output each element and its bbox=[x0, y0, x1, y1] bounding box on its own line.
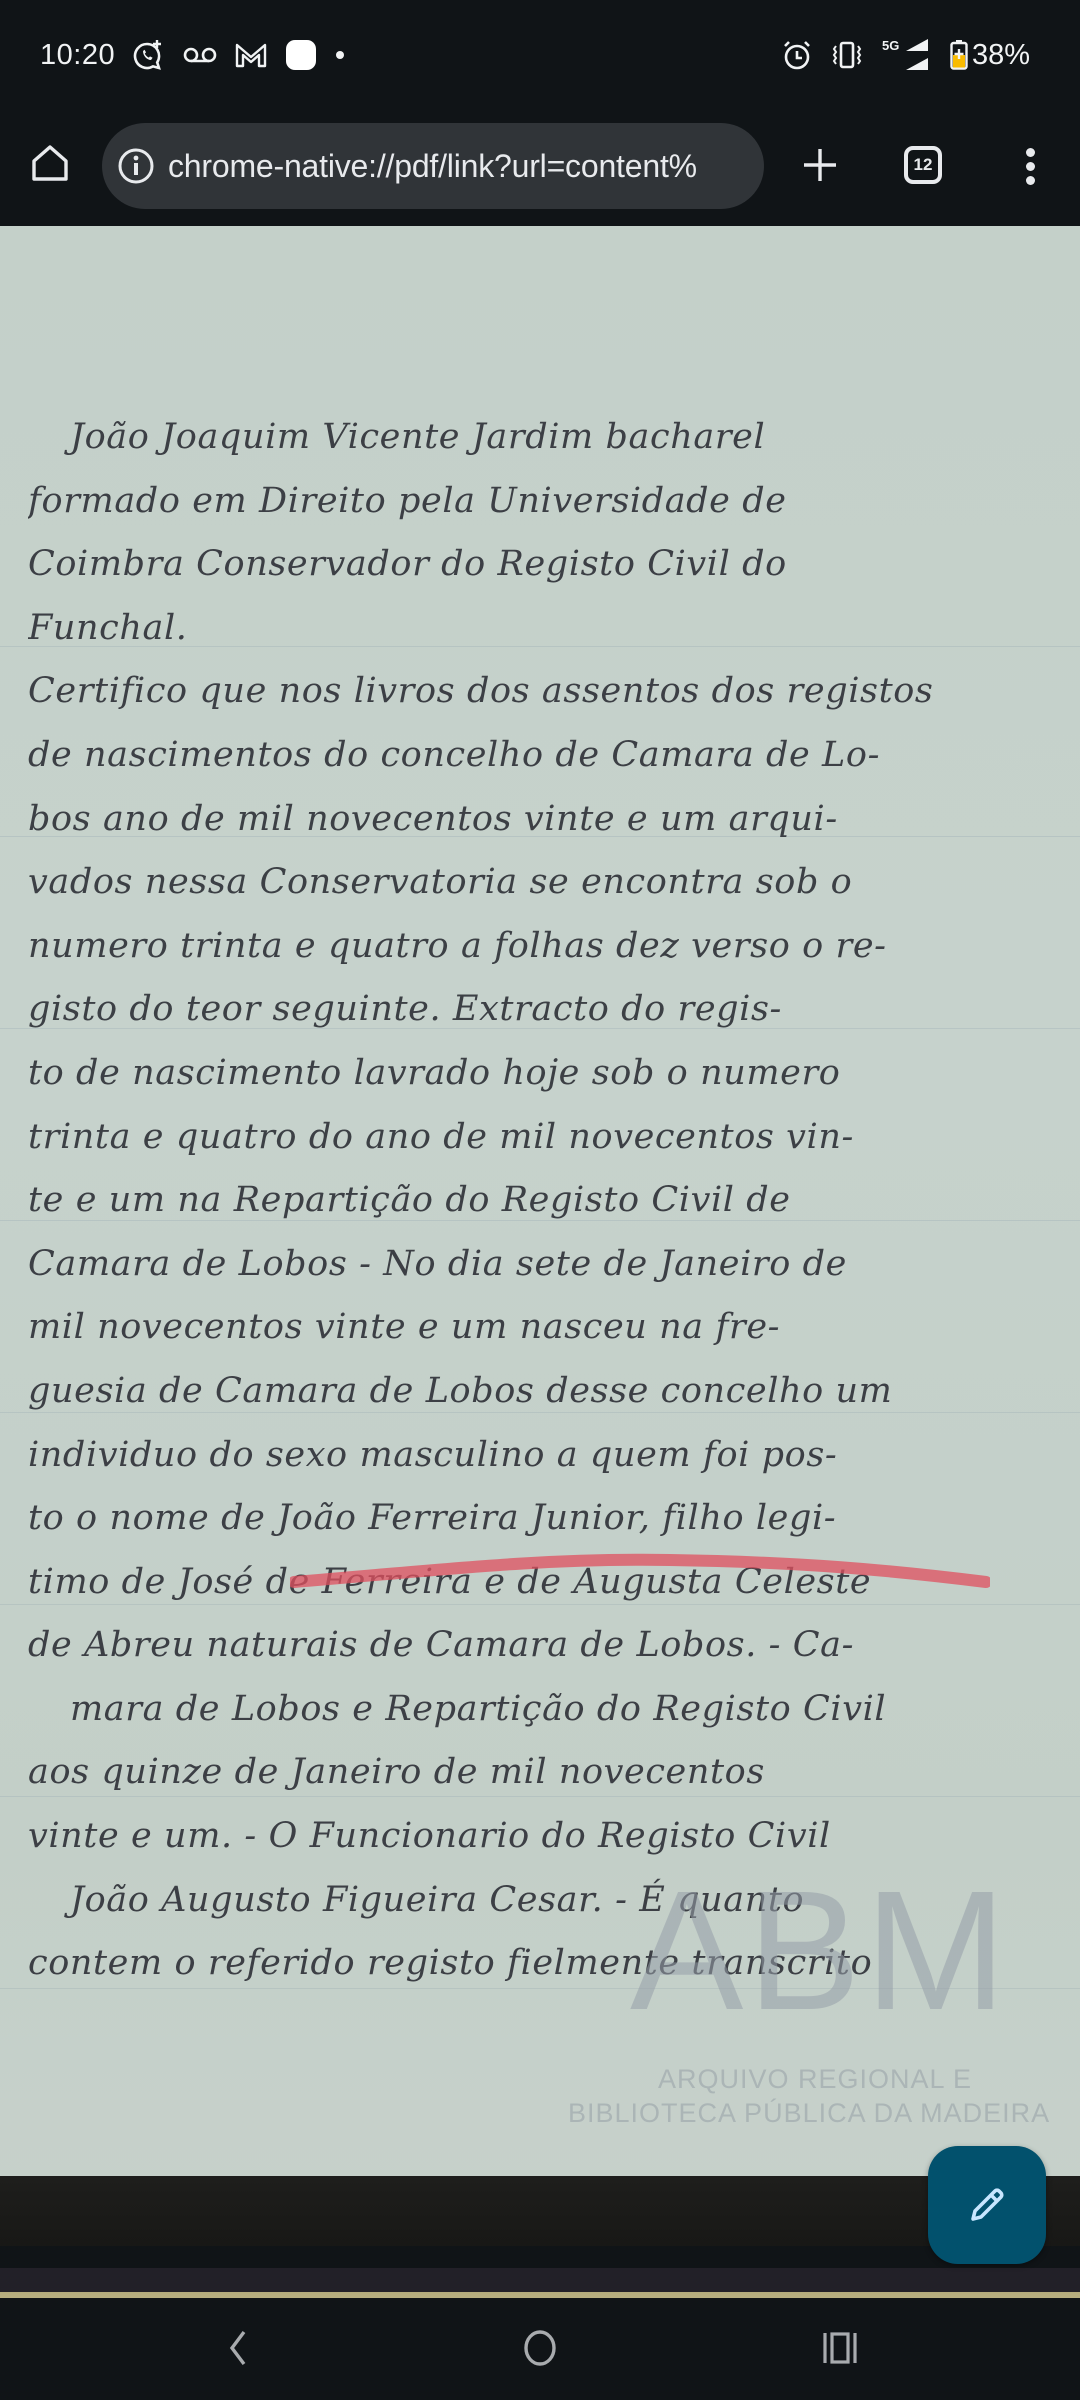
handwritten-line: gisto do teor seguinte. Extracto do regi… bbox=[28, 978, 1058, 1042]
home-icon bbox=[30, 143, 70, 183]
handwritten-line: to o nome de João Ferreira Junior, filho… bbox=[28, 1487, 1058, 1551]
browser-toolbar: chrome-native://pdf/link?url=content% 12 bbox=[0, 110, 1080, 226]
handwritten-line: mil novecentos vinte e um nasceu na fre- bbox=[28, 1296, 1058, 1360]
handwritten-line: guesia de Camara de Lobos desse concelho… bbox=[28, 1360, 1058, 1424]
vibrate-icon bbox=[832, 41, 862, 69]
handwritten-line: Camara de Lobos - No dia sete de Janeiro… bbox=[28, 1233, 1058, 1297]
handwritten-line: trinta e quatro do ano de mil novecentos… bbox=[28, 1106, 1058, 1170]
handwritten-line: Certifico que nos livros dos assentos do… bbox=[28, 660, 1058, 724]
pdf-viewport[interactable]: João Joaquim Vicente Jardim bacharel for… bbox=[0, 226, 1080, 2300]
battery-charging-icon: 38% bbox=[950, 39, 1030, 72]
watermark-line-2: BIBLIOTECA PÚBLICA DA MADEIRA bbox=[568, 2098, 1050, 2129]
tab-switcher-button[interactable]: 12 bbox=[904, 146, 942, 184]
handwritten-line: contem o referido registo fielmente tran… bbox=[28, 1932, 1058, 1996]
more-notifications-dot bbox=[335, 50, 345, 60]
back-button[interactable] bbox=[198, 2318, 278, 2378]
url-text[interactable]: chrome-native://pdf/link?url=content% bbox=[168, 148, 697, 185]
address-bar[interactable]: chrome-native://pdf/link?url=content% bbox=[102, 123, 764, 209]
system-nav-bar bbox=[0, 2298, 1080, 2400]
watermark-line-1: ARQUIVO REGIONAL E bbox=[658, 2064, 972, 2095]
kebab-dot-icon bbox=[1026, 176, 1035, 185]
app-notification-icon bbox=[285, 39, 317, 71]
home-nav-button[interactable] bbox=[500, 2318, 580, 2378]
voicemail-icon bbox=[183, 46, 217, 64]
whatsapp-business-icon bbox=[133, 38, 165, 72]
pencil-icon bbox=[965, 2183, 1009, 2227]
handwritten-line: te e um na Repartição do Registo Civil d… bbox=[28, 1169, 1058, 1233]
clock: 10:20 bbox=[40, 39, 115, 72]
gmail-icon bbox=[235, 42, 267, 68]
handwritten-line: aos quinze de Janeiro de mil novecentos bbox=[28, 1741, 1058, 1805]
alarm-icon bbox=[782, 40, 812, 70]
recents-button[interactable] bbox=[800, 2318, 880, 2378]
next-page-edge bbox=[0, 2268, 1080, 2294]
handwritten-line: vados nessa Conservatoria se encontra so… bbox=[28, 851, 1058, 915]
handwritten-line: mara de Lobos e Repartição do Registo Ci… bbox=[28, 1678, 1058, 1742]
5g-signal-icon: 5G bbox=[882, 38, 930, 72]
handwritten-line: de nascimentos do concelho de Camara de … bbox=[28, 724, 1058, 788]
home-circle-icon bbox=[521, 2329, 559, 2367]
handwritten-line: to de nascimento lavrado hoje sob o nume… bbox=[28, 1042, 1058, 1106]
handwritten-line: bos ano de mil novecentos vinte e um arq… bbox=[28, 788, 1058, 852]
recents-icon bbox=[822, 2331, 858, 2365]
scan-edge bbox=[0, 2176, 1080, 2246]
handwritten-line: Coimbra Conservador do Registo Civil do bbox=[28, 533, 1058, 597]
tab-count: 12 bbox=[914, 155, 933, 175]
status-bar: 10:20 5G 38% bbox=[0, 0, 1080, 110]
red-pencil-underline bbox=[290, 1552, 990, 1592]
plus-icon bbox=[801, 146, 839, 184]
handwritten-line: vinte e um. - O Funcionario do Registo C… bbox=[28, 1805, 1058, 1869]
pdf-page[interactable]: João Joaquim Vicente Jardim bacharel for… bbox=[0, 226, 1080, 2246]
back-chevron-icon bbox=[226, 2328, 250, 2368]
handwritten-line: Funchal. bbox=[28, 597, 1058, 661]
home-button[interactable] bbox=[22, 135, 78, 191]
site-info-icon[interactable] bbox=[114, 144, 158, 188]
handwritten-line: formado em Direito pela Universidade de bbox=[28, 470, 1058, 534]
handwritten-line: numero trinta e quatro a folhas dez vers… bbox=[28, 915, 1058, 979]
status-left: 10:20 bbox=[40, 34, 345, 76]
handwritten-line: João Joaquim Vicente Jardim bacharel bbox=[28, 406, 1058, 470]
handwritten-line: João Augusto Figueira Cesar. - É quanto bbox=[28, 1869, 1058, 1933]
handwritten-line: de Abreu naturais de Camara de Lobos. - … bbox=[28, 1614, 1058, 1678]
svg-text:5G: 5G bbox=[882, 38, 899, 53]
handwritten-line: individuo do sexo masculino a quem foi p… bbox=[28, 1424, 1058, 1488]
handwritten-text: João Joaquim Vicente Jardim bacharel for… bbox=[28, 406, 1058, 1996]
edit-fab-button[interactable] bbox=[928, 2146, 1046, 2264]
kebab-dot-icon bbox=[1026, 162, 1035, 171]
more-options-button[interactable] bbox=[1010, 136, 1050, 196]
battery-percent: 38% bbox=[972, 39, 1030, 72]
next-pdf-page-preview[interactable] bbox=[0, 2246, 1080, 2300]
kebab-dot-icon bbox=[1026, 148, 1035, 157]
new-tab-button[interactable] bbox=[790, 135, 850, 195]
status-right: 5G 38% bbox=[782, 34, 1030, 76]
